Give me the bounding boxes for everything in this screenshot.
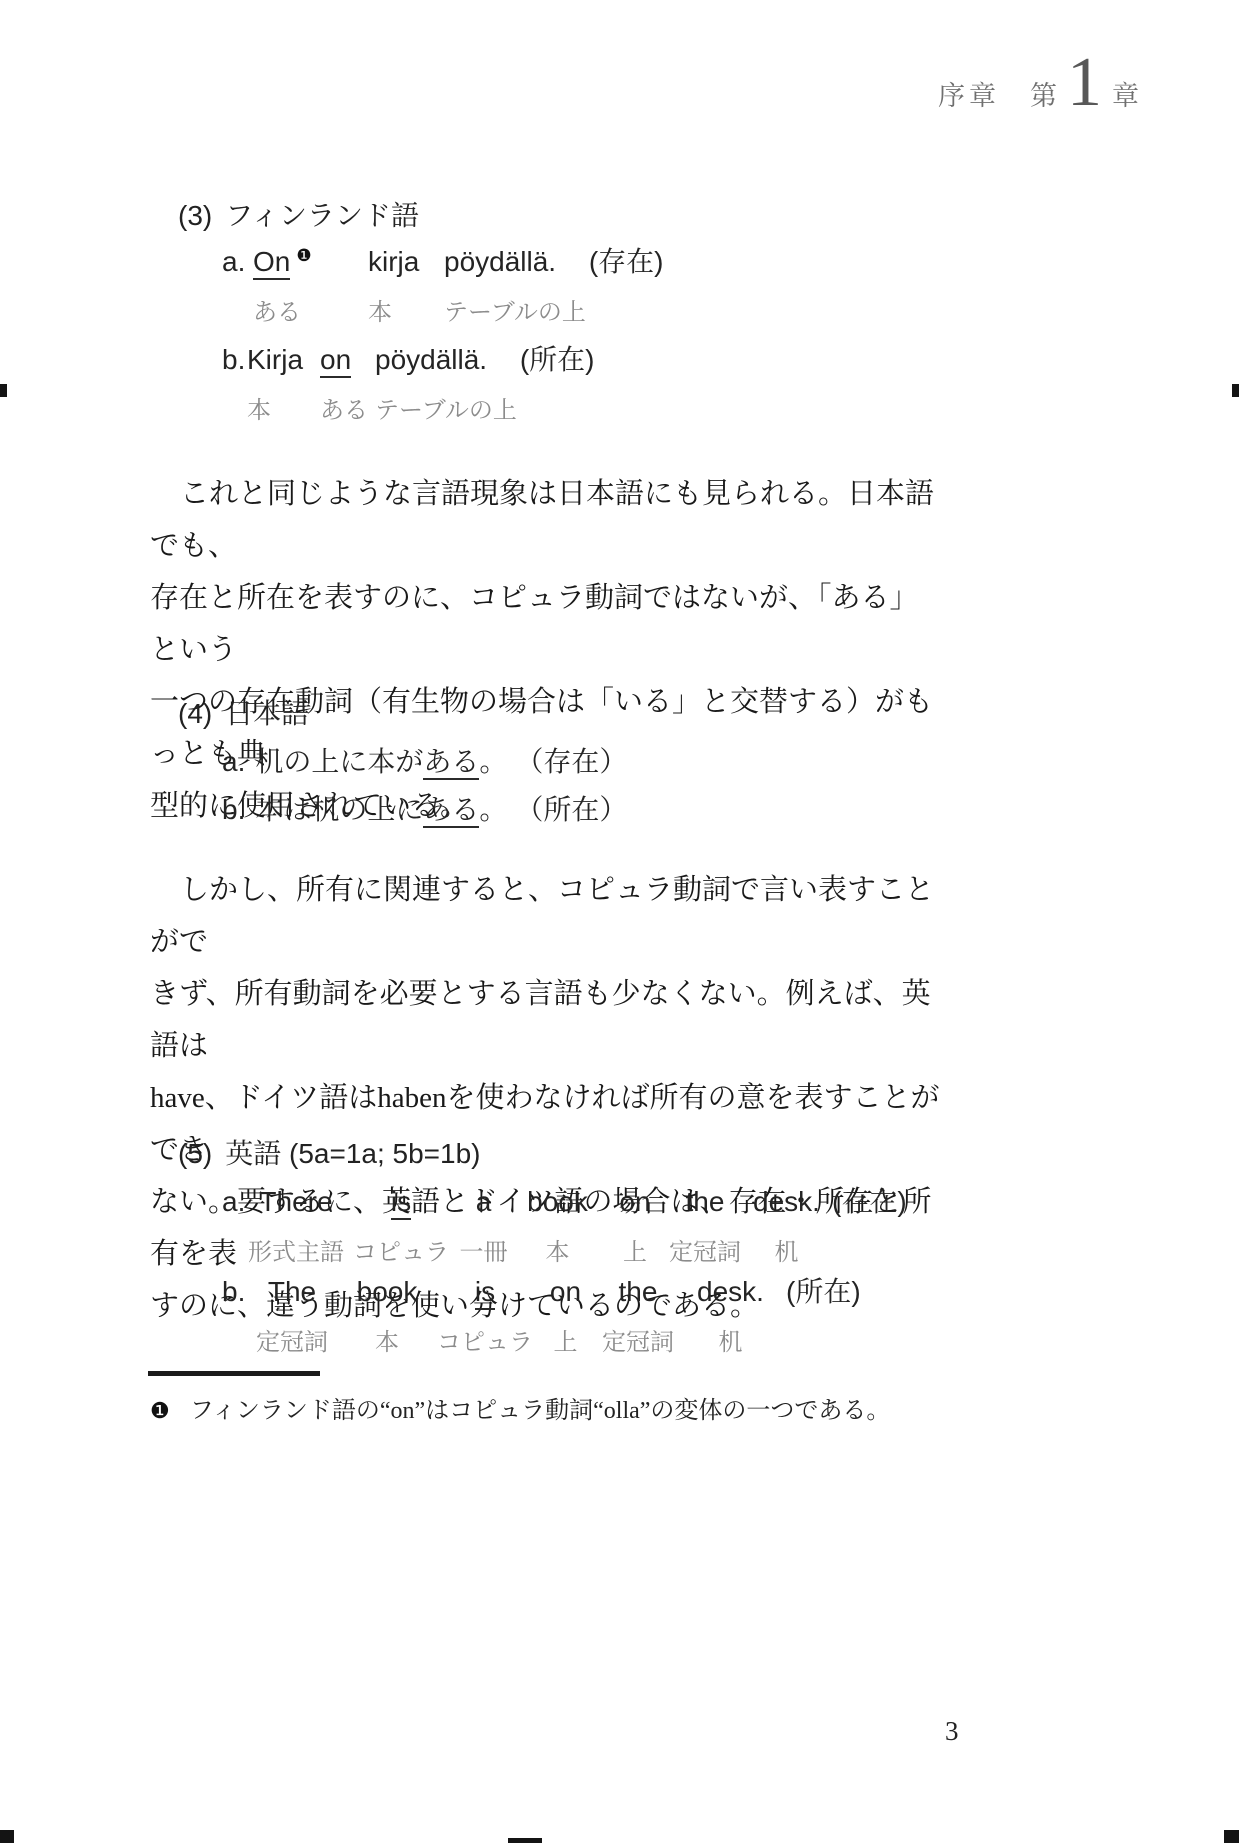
underlined-word: ある (423, 794, 479, 828)
text-line: 存在と所在を表すのに、コピュラ動詞ではないが、「ある」という (150, 572, 945, 676)
english-example-a: a. There is a book on the desk. (存在) 形式主… (222, 1180, 907, 1278)
item-label: b. (222, 338, 247, 390)
token: the (598, 1270, 678, 1322)
japanese-sentence-b: b.本は机の上にある。（所在） (222, 788, 627, 828)
english-sentence-b: b. The book is on the desk. (所在) (222, 1270, 861, 1322)
english-sentence-a: a. There is a book on the desk. (存在) (222, 1180, 907, 1232)
gloss: コピュラ (437, 1322, 533, 1368)
item-label: b. (222, 794, 245, 825)
gloss: 本 (368, 292, 444, 338)
gloss: テーブルの上 (375, 390, 517, 436)
sentence-text: 。 (479, 746, 507, 777)
underlined-word: ある (423, 746, 479, 780)
example-3-heading: (3)フィンランド語 (178, 194, 419, 234)
category-tag: (存在) (586, 240, 664, 292)
category-tag: （存在） (529, 746, 627, 777)
finnish-example-b: b. Kirja on pöydällä. (所在) 本 ある テーブルの上 (222, 338, 595, 436)
category-tag: (所在) (517, 338, 595, 390)
example-title: 日本語 (225, 698, 309, 729)
token: kirja (368, 240, 444, 292)
sentence-text: 。 (479, 794, 507, 825)
example-number: (5) (178, 1138, 212, 1169)
token: the (666, 1180, 744, 1232)
scan-mark (508, 1838, 542, 1843)
underlined-word: On (253, 246, 290, 280)
scan-mark (1232, 384, 1239, 397)
footnote-number-icon: ❶ (150, 1398, 170, 1424)
text-line: しかし、所有に関連すると、コピュラ動詞で言い表すことがで (150, 864, 945, 968)
underlined-word: is (475, 1276, 495, 1310)
token: is (437, 1270, 533, 1322)
gloss: テーブルの上 (444, 292, 586, 338)
token: desk. (744, 1180, 829, 1232)
sentence-text: 本は机の上に (255, 794, 423, 825)
spacer (222, 1322, 247, 1368)
example-4-heading: (4)日本語 (178, 692, 309, 732)
chapter-suffix: 章 (1112, 74, 1139, 113)
example-title: フィンランド語 (225, 200, 419, 231)
underlined-word: is (391, 1186, 411, 1220)
text-line: きず、所有動詞を必要とする言語も少なくない。例えば、英語は (150, 968, 945, 1072)
spacer (783, 1322, 861, 1368)
gloss: 机 (678, 1322, 783, 1368)
token: on (604, 1180, 666, 1232)
item-label: a. (222, 240, 253, 292)
example-5-heading: (5)英語 (5a=1a; 5b=1b) (178, 1132, 481, 1172)
underlined-word: on (320, 344, 351, 378)
scan-mark (0, 384, 7, 397)
sentence-text: 机の上に本が (255, 746, 423, 777)
page-number: 3 (945, 1716, 959, 1747)
item-label: a. (222, 1180, 246, 1232)
chapter-number: 1 (1067, 48, 1102, 118)
item-label: b. (222, 1270, 247, 1322)
token: desk. (678, 1270, 783, 1322)
category-tag: (所在) (783, 1270, 861, 1322)
token: pöydällä. (444, 240, 586, 292)
finnish-example-a: a. On❶ kirja pöydällä. (存在) ある 本 テーブルの上 (222, 240, 664, 338)
book-page: 序章 第 1 章 (3)フィンランド語 a. On❶ kirja pöydäll… (0, 0, 1239, 1843)
token: The (247, 1270, 337, 1322)
scan-mark (1224, 1830, 1239, 1843)
gloss: ある (253, 292, 368, 338)
category-tag: (存在) (829, 1180, 907, 1232)
section-label: 序章 (938, 74, 1000, 113)
running-header: 序章 第 1 章 (938, 48, 1139, 118)
token: There (246, 1180, 346, 1232)
japanese-sentence-a: a.机の上に本がある。（存在） (222, 740, 627, 780)
token: Kirja (247, 338, 320, 390)
scan-mark (0, 1830, 14, 1843)
example-number: (4) (178, 698, 212, 729)
token: book (337, 1270, 437, 1322)
finnish-gloss-a: ある 本 テーブルの上 (222, 292, 664, 338)
gloss: 本 (247, 390, 320, 436)
english-example-b: b. The book is on the desk. (所在) 定冠詞 本 コ… (222, 1270, 861, 1368)
item-label: a. (222, 746, 245, 777)
token: on (320, 338, 375, 390)
text-line: これと同じような言語現象は日本語にも見られる。日本語でも、 (150, 468, 945, 572)
gloss: 定冠詞 (247, 1322, 337, 1368)
gloss: ある (320, 390, 375, 436)
gloss: 本 (337, 1322, 437, 1368)
footnote-text: フィンランド語の“on”はコピュラ動詞“olla”の変体の一つである。 (190, 1390, 891, 1425)
spacer (222, 292, 253, 338)
token: on (533, 1270, 598, 1322)
category-tag: （所在） (529, 794, 627, 825)
example-number: (3) (178, 200, 212, 231)
finnish-sentence-b: b. Kirja on pöydällä. (所在) (222, 338, 595, 390)
token: a (456, 1180, 511, 1232)
footnote-ref-mark: ❶ (296, 246, 311, 265)
finnish-gloss-b: 本 ある テーブルの上 (222, 390, 595, 436)
gloss: 上 (533, 1322, 598, 1368)
spacer (222, 390, 247, 436)
footnote: ❶ フィンランド語の“on”はコピュラ動詞“olla”の変体の一つである。 (150, 1390, 890, 1425)
token: is (346, 1180, 456, 1232)
example-title: 英語 (5a=1a; 5b=1b) (225, 1138, 480, 1169)
chapter-prefix: 第 (1030, 74, 1057, 113)
gloss: 定冠詞 (598, 1322, 678, 1368)
footnote-divider (148, 1371, 320, 1376)
token: book (511, 1180, 604, 1232)
english-gloss-b: 定冠詞 本 コピュラ 上 定冠詞 机 (222, 1322, 861, 1368)
spacer (586, 292, 664, 338)
token: On❶ (253, 240, 368, 292)
token: pöydällä. (375, 338, 517, 390)
finnish-sentence-a: a. On❶ kirja pöydällä. (存在) (222, 240, 664, 292)
spacer (517, 390, 595, 436)
